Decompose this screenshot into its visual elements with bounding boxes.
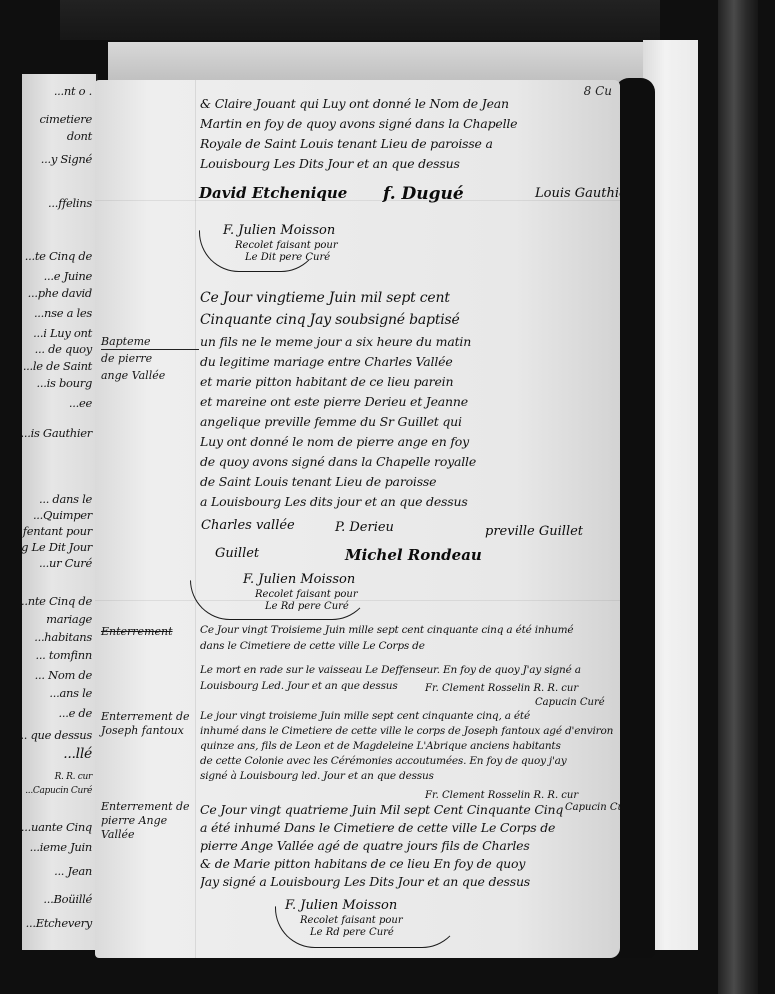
entry-line: et mareine ont este pierre Derieu et Jea…	[200, 394, 618, 409]
entry-line: & Claire Jouant qui Luy ont donné le Nom…	[200, 96, 618, 111]
left-fragment: ...phe david	[28, 286, 92, 300]
left-fragment: ...Quimper	[33, 508, 92, 522]
entry-line: a été inhumé Dans le Cimetiere de cette …	[200, 820, 618, 835]
entry-line: de cette Colonie avec les Cérémonies acc…	[200, 755, 618, 767]
entry-line: dans le Cimetiere de cette ville Le Corp…	[200, 640, 618, 652]
entry-line: & de Marie pitton habitans de ce lieu En…	[200, 856, 618, 871]
left-fragment: ... de quoy	[35, 342, 92, 356]
left-fragment: mariage	[46, 612, 92, 626]
margin-heading: Enterrement de	[101, 710, 199, 724]
entry-line: Ce Jour vingt Troisieme Juin mille sept …	[200, 624, 618, 636]
signature: Fr. Clement Rosselin R. R. cur	[425, 683, 578, 694]
entry-line: Le jour vingt troisieme Juin mille sept …	[200, 710, 618, 722]
signature: David Etchenique	[199, 184, 347, 202]
left-fragment: ...ur Curé	[39, 556, 92, 570]
entry-line: angelique preville femme du Sr Guillet q…	[200, 414, 618, 429]
left-fragment: ...y Signé	[41, 152, 92, 166]
scan-right-edge	[718, 0, 758, 994]
left-fragment: ...Capucin Curé	[25, 786, 92, 796]
left-fragment: ...uante Cinq	[22, 820, 92, 834]
left-fragment: ...habitans	[34, 630, 92, 644]
left-fragment: ...te Cinq de	[25, 249, 92, 263]
signature-flourish	[190, 580, 372, 620]
entry-line: de quoy avons signé dans la Chapelle roy…	[200, 454, 618, 469]
signature-flourish	[199, 230, 321, 272]
entry-line: Royale de Saint Louis tenant Lieu de par…	[200, 136, 618, 151]
entry-line: Louisbourg Les Dits Jour et an que dessu…	[200, 156, 618, 171]
entry-line: Jay signé a Louisbourg Les Dits Jour et …	[200, 874, 618, 889]
entry-line: de Saint Louis tenant Lieu de paroisse	[200, 474, 618, 489]
left-fragment: ...ourg Le Dit Jour	[22, 540, 92, 554]
entry-line: du legitime mariage entre Charles Vallée	[200, 354, 618, 369]
margin-heading: Bapteme	[101, 335, 199, 350]
entry-line: quinze ans, fils de Leon et de Magdelein…	[200, 740, 618, 752]
left-fragment: ...Boüillé	[43, 892, 92, 906]
entry-line: et marie pitton habitant de ce lieu pare…	[200, 374, 618, 389]
margin-heading: Enterrement de	[101, 800, 199, 814]
register-page: 8 Cu & Claire Jouant qui Luy ont donné l…	[95, 80, 620, 958]
entry-line: signé à Louisbourg led. Jour et an que d…	[200, 770, 618, 782]
left-fragment: R. R. cur	[55, 772, 92, 782]
margin-heading: Joseph fantoux	[101, 724, 199, 738]
left-fragment: ... que dessus	[22, 728, 92, 742]
entry-line: a Louisbourg Les dits jour et an que des…	[200, 494, 618, 509]
left-fragment: ...nt o .	[54, 84, 92, 98]
left-fragment: ...nte Cinq de	[22, 594, 92, 608]
left-fragment: ...is bourg	[37, 376, 92, 390]
left-fragment: ...le de Saint	[23, 359, 92, 373]
margin-heading: ange Vallée	[101, 369, 199, 383]
left-fragment: ...ieme Juin	[30, 840, 92, 854]
left-fragment: ...fentant pour	[22, 524, 92, 538]
entry-line: Ce Jour vingtieme Juin mil sept cent	[200, 290, 618, 306]
left-fragment: ...is Gauthier	[22, 426, 92, 440]
signature: Charles vallée	[201, 518, 295, 533]
entry-line: Ce Jour vingt quatrieme Juin Mil sept Ce…	[200, 802, 618, 817]
entry-line: Martin en foy de quoy avons signé dans l…	[200, 116, 618, 131]
signature: Fr. Clement Rosselin R. R. cur	[425, 790, 578, 801]
left-fragment: ...nse a les	[34, 306, 92, 320]
left-fragment: ... Nom de	[35, 668, 92, 682]
signature: Capucin Curé	[535, 697, 605, 708]
signature: preville Guillet	[485, 524, 583, 539]
left-fragment: ... Jean	[54, 864, 92, 878]
margin-heading: de pierre	[101, 352, 199, 366]
left-fragment: dont	[67, 129, 92, 143]
signature: Louis Gauthier	[535, 186, 620, 201]
left-fragment: ...llé	[63, 746, 92, 762]
signature: Guillet	[215, 546, 259, 561]
left-fragment: ...e de	[59, 706, 93, 720]
signature: f. Dugué	[383, 184, 464, 204]
signature-flourish	[275, 906, 462, 948]
left-fragment: ...e Juine	[44, 269, 92, 283]
left-fragment: ...i Luy ont	[33, 326, 92, 340]
left-fragment: ...Etchevery	[26, 916, 92, 930]
signature: P. Derieu	[335, 520, 394, 535]
entry-line: pierre Ange Vallée agé de quatre jours f…	[200, 838, 618, 853]
left-fragment: ...ans le	[49, 686, 92, 700]
entry-line: Cinquante cinq Jay soubsigné baptisé	[200, 312, 618, 328]
margin-heading: Enterrement	[101, 625, 199, 639]
left-fragment: ...ffelins	[48, 196, 92, 210]
margin-heading: pierre Ange Vallée	[101, 814, 199, 842]
entry-line: un fils ne le meme jour a six heure du m…	[200, 334, 618, 349]
signature: Michel Rondeau	[345, 546, 482, 564]
entry-line: Luy ont donné le nom de pierre ange en f…	[200, 434, 618, 449]
left-fragment: ... dans le	[39, 492, 92, 506]
entry-line: Le mort en rade sur le vaisseau Le Deffe…	[200, 664, 618, 676]
scan-top-edge	[60, 0, 660, 40]
left-page-fragment: ...nt o . cimetiere dont ...y Signé ...f…	[22, 74, 98, 950]
left-fragment: ... tomfinn	[35, 648, 92, 662]
left-fragment: cimetiere	[39, 112, 92, 126]
left-fragment: ...ee	[69, 396, 92, 410]
entry-line: inhumé dans le Cimetiere de cette ville …	[200, 725, 618, 737]
page-edge-shadow	[615, 78, 655, 958]
